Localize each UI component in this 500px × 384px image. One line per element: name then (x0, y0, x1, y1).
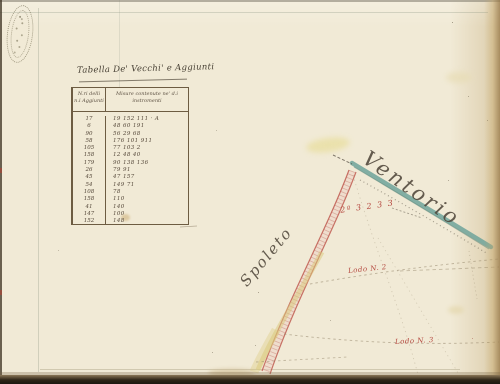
row-measures: 176 101 911 (106, 138, 188, 145)
row-number: 45 (73, 174, 106, 181)
table-row: 9056 29 68 (73, 131, 188, 138)
scan-edge-right (484, 0, 500, 384)
table-row: 10577 103 2 (73, 145, 188, 152)
table-row: 4547 157 (73, 174, 188, 181)
column-header-measures: Misure contenute ne' d.i instromenti (106, 88, 188, 111)
col1-header-line2: n.i Aggiunti (73, 98, 105, 105)
table-row: 648 60 191 (73, 123, 188, 130)
row-measures: 48 60 191 (106, 123, 188, 130)
table-row: 54149 71 (73, 182, 188, 189)
boundary-dot-5 (378, 238, 464, 383)
table-row: 10878 (73, 189, 188, 196)
scan-edge-top (0, 0, 500, 2)
table-row: 15812 48 40 (73, 152, 188, 159)
column-header-numbers: N.ri delli n.i Aggiunti (73, 88, 106, 111)
row-measures: 100 (106, 211, 188, 218)
row-number: 152 (73, 218, 106, 225)
boundary-dot-7 (469, 251, 477, 299)
row-number: 147 (73, 211, 106, 218)
table-row: 41140 (73, 204, 188, 211)
row-measures: 149 71 (106, 182, 188, 189)
row-measures: 110 (106, 196, 188, 203)
row-number: 158 (73, 152, 106, 159)
table-row: 1719 152 111 · A (73, 116, 188, 123)
row-measures: 90 138 136 (106, 160, 188, 167)
table-row: 147100 (73, 211, 188, 218)
row-number: 17 (73, 116, 106, 123)
row-number: 41 (73, 204, 106, 211)
row-measures: 79 91 (106, 167, 188, 174)
row-number: 105 (73, 145, 106, 152)
row-number: 179 (73, 160, 106, 167)
boundary-dash-2 (284, 334, 499, 343)
scan-edge-left (0, 0, 2, 384)
row-number: 58 (73, 138, 106, 145)
parcel-table: N.ri delli n.i Aggiunti Misure contenute… (71, 87, 189, 225)
col2-header-line1: Misure contenute ne' d.i (106, 91, 188, 98)
table-row: 17990 138 136 (73, 160, 188, 167)
row-number: 158 (73, 196, 106, 203)
edge-red-speck-2 (0, 290, 2, 295)
boundary-dash-1 (310, 259, 499, 284)
table-row: 2679 91 (73, 167, 188, 174)
row-measures: 56 29 68 (106, 131, 188, 138)
edge-red-speck-1 (0, 168, 2, 173)
table-header-row: N.ri delli n.i Aggiunti Misure contenute… (73, 88, 188, 112)
small-scribble-line (392, 208, 422, 218)
table-row: 152148 (73, 218, 188, 225)
row-number: 108 (73, 189, 106, 196)
row-measures: 12 48 40 (106, 152, 188, 159)
canal-leadin-dash (333, 155, 352, 164)
row-number: 54 (73, 182, 106, 189)
row-number: 6 (73, 123, 106, 130)
col2-header-line2: instromenti (106, 98, 188, 105)
map-sheet: Tabella De' Vecchi' e Aggiunti N.ri dell… (0, 0, 500, 384)
stray-dash (180, 226, 197, 227)
scan-edge-bottom (0, 375, 500, 384)
row-measures: 78 (106, 189, 188, 196)
row-number: 26 (73, 167, 106, 174)
row-measures: 19 152 111 · A (106, 116, 188, 123)
row-measures: 140 (106, 204, 188, 211)
row-measures: 47 157 (106, 174, 188, 181)
table-row: 58176 101 911 (73, 138, 188, 145)
row-measures: 77 103 2 (106, 145, 188, 152)
table-body: 1719 152 111 · A 648 60 191 9056 29 68 5… (73, 112, 188, 225)
col1-header-line1: N.ri delli (73, 91, 105, 98)
table-row: 158110 (73, 196, 188, 203)
row-measures: 148 (106, 218, 188, 225)
row-number: 90 (73, 131, 106, 138)
